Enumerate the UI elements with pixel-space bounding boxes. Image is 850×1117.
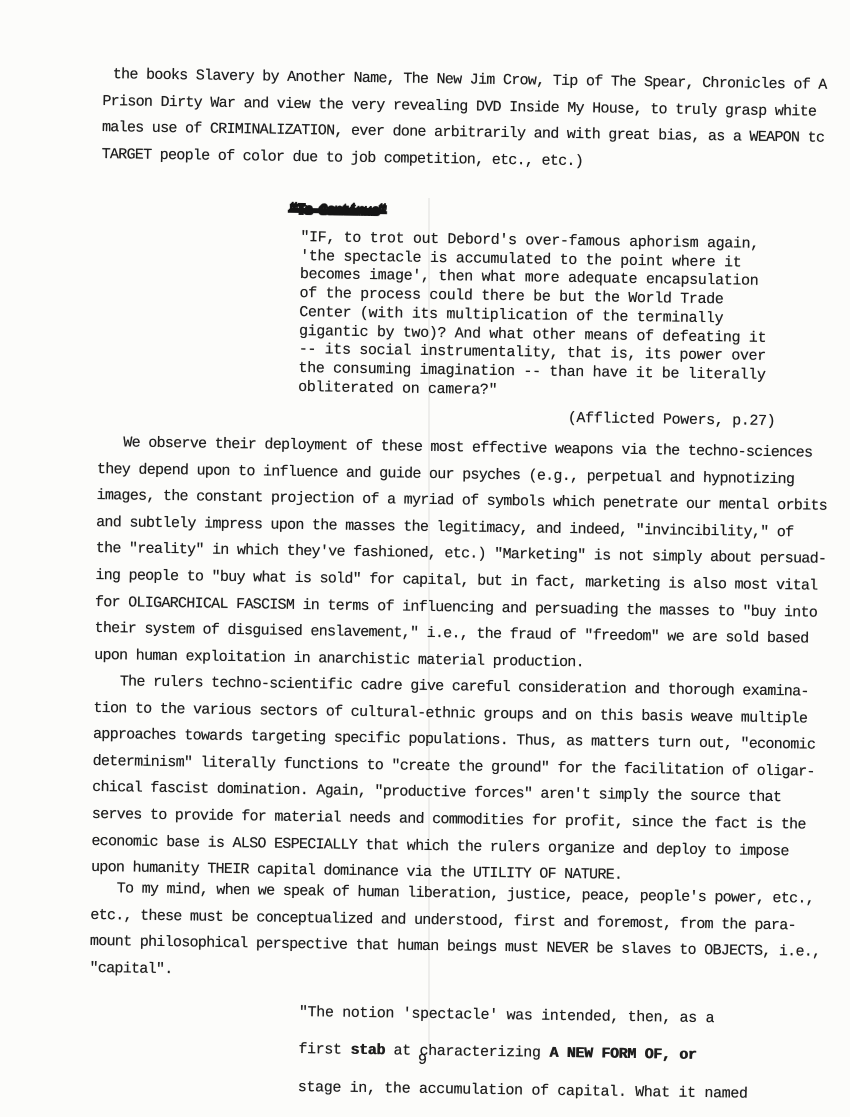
- continuation-paragraph: the books Slavery by Another Name, The N…: [101, 62, 850, 180]
- body-paragraph-1: We observe their deployment of these mos…: [94, 430, 850, 681]
- scanned-document-page: the books Slavery by Another Name, The N…: [0, 0, 850, 1117]
- closing-quote-line2-start: first: [298, 1041, 350, 1059]
- page-number: 9: [418, 1052, 427, 1069]
- closing-quote-line3: stage in, the accumulation of capital. W…: [298, 1079, 790, 1105]
- closing-quote-line1: "The notion 'spectacle' was intended, th…: [299, 1004, 791, 1030]
- closing-quote-line2: first stab at characterizing A NEW FORM …: [298, 1041, 790, 1067]
- body-paragraph-2: The rulers techno-scientific cadre give …: [91, 669, 850, 893]
- crossed-out-heading: "To Continue": [289, 202, 385, 220]
- closing-quote-overstruck-stab: stab: [350, 1042, 385, 1060]
- quote-attribution: (Afflicted Powers, p.27): [568, 409, 776, 431]
- closing-quote-emphasis-new-form: A NEW FORM OF, or: [549, 1045, 696, 1064]
- typewritten-text-area: the books Slavery by Another Name, The N…: [103, 62, 850, 73]
- closing-quote-block: "The notion 'spectacle' was intended, th…: [297, 985, 791, 1117]
- closing-quote-line2-mid: at characterizing: [385, 1042, 550, 1061]
- debord-quote-block: "IF, to trot out Debord's over-famous ap…: [298, 229, 792, 405]
- body-paragraph-3: To my mind, when we speak of human liber…: [89, 876, 850, 994]
